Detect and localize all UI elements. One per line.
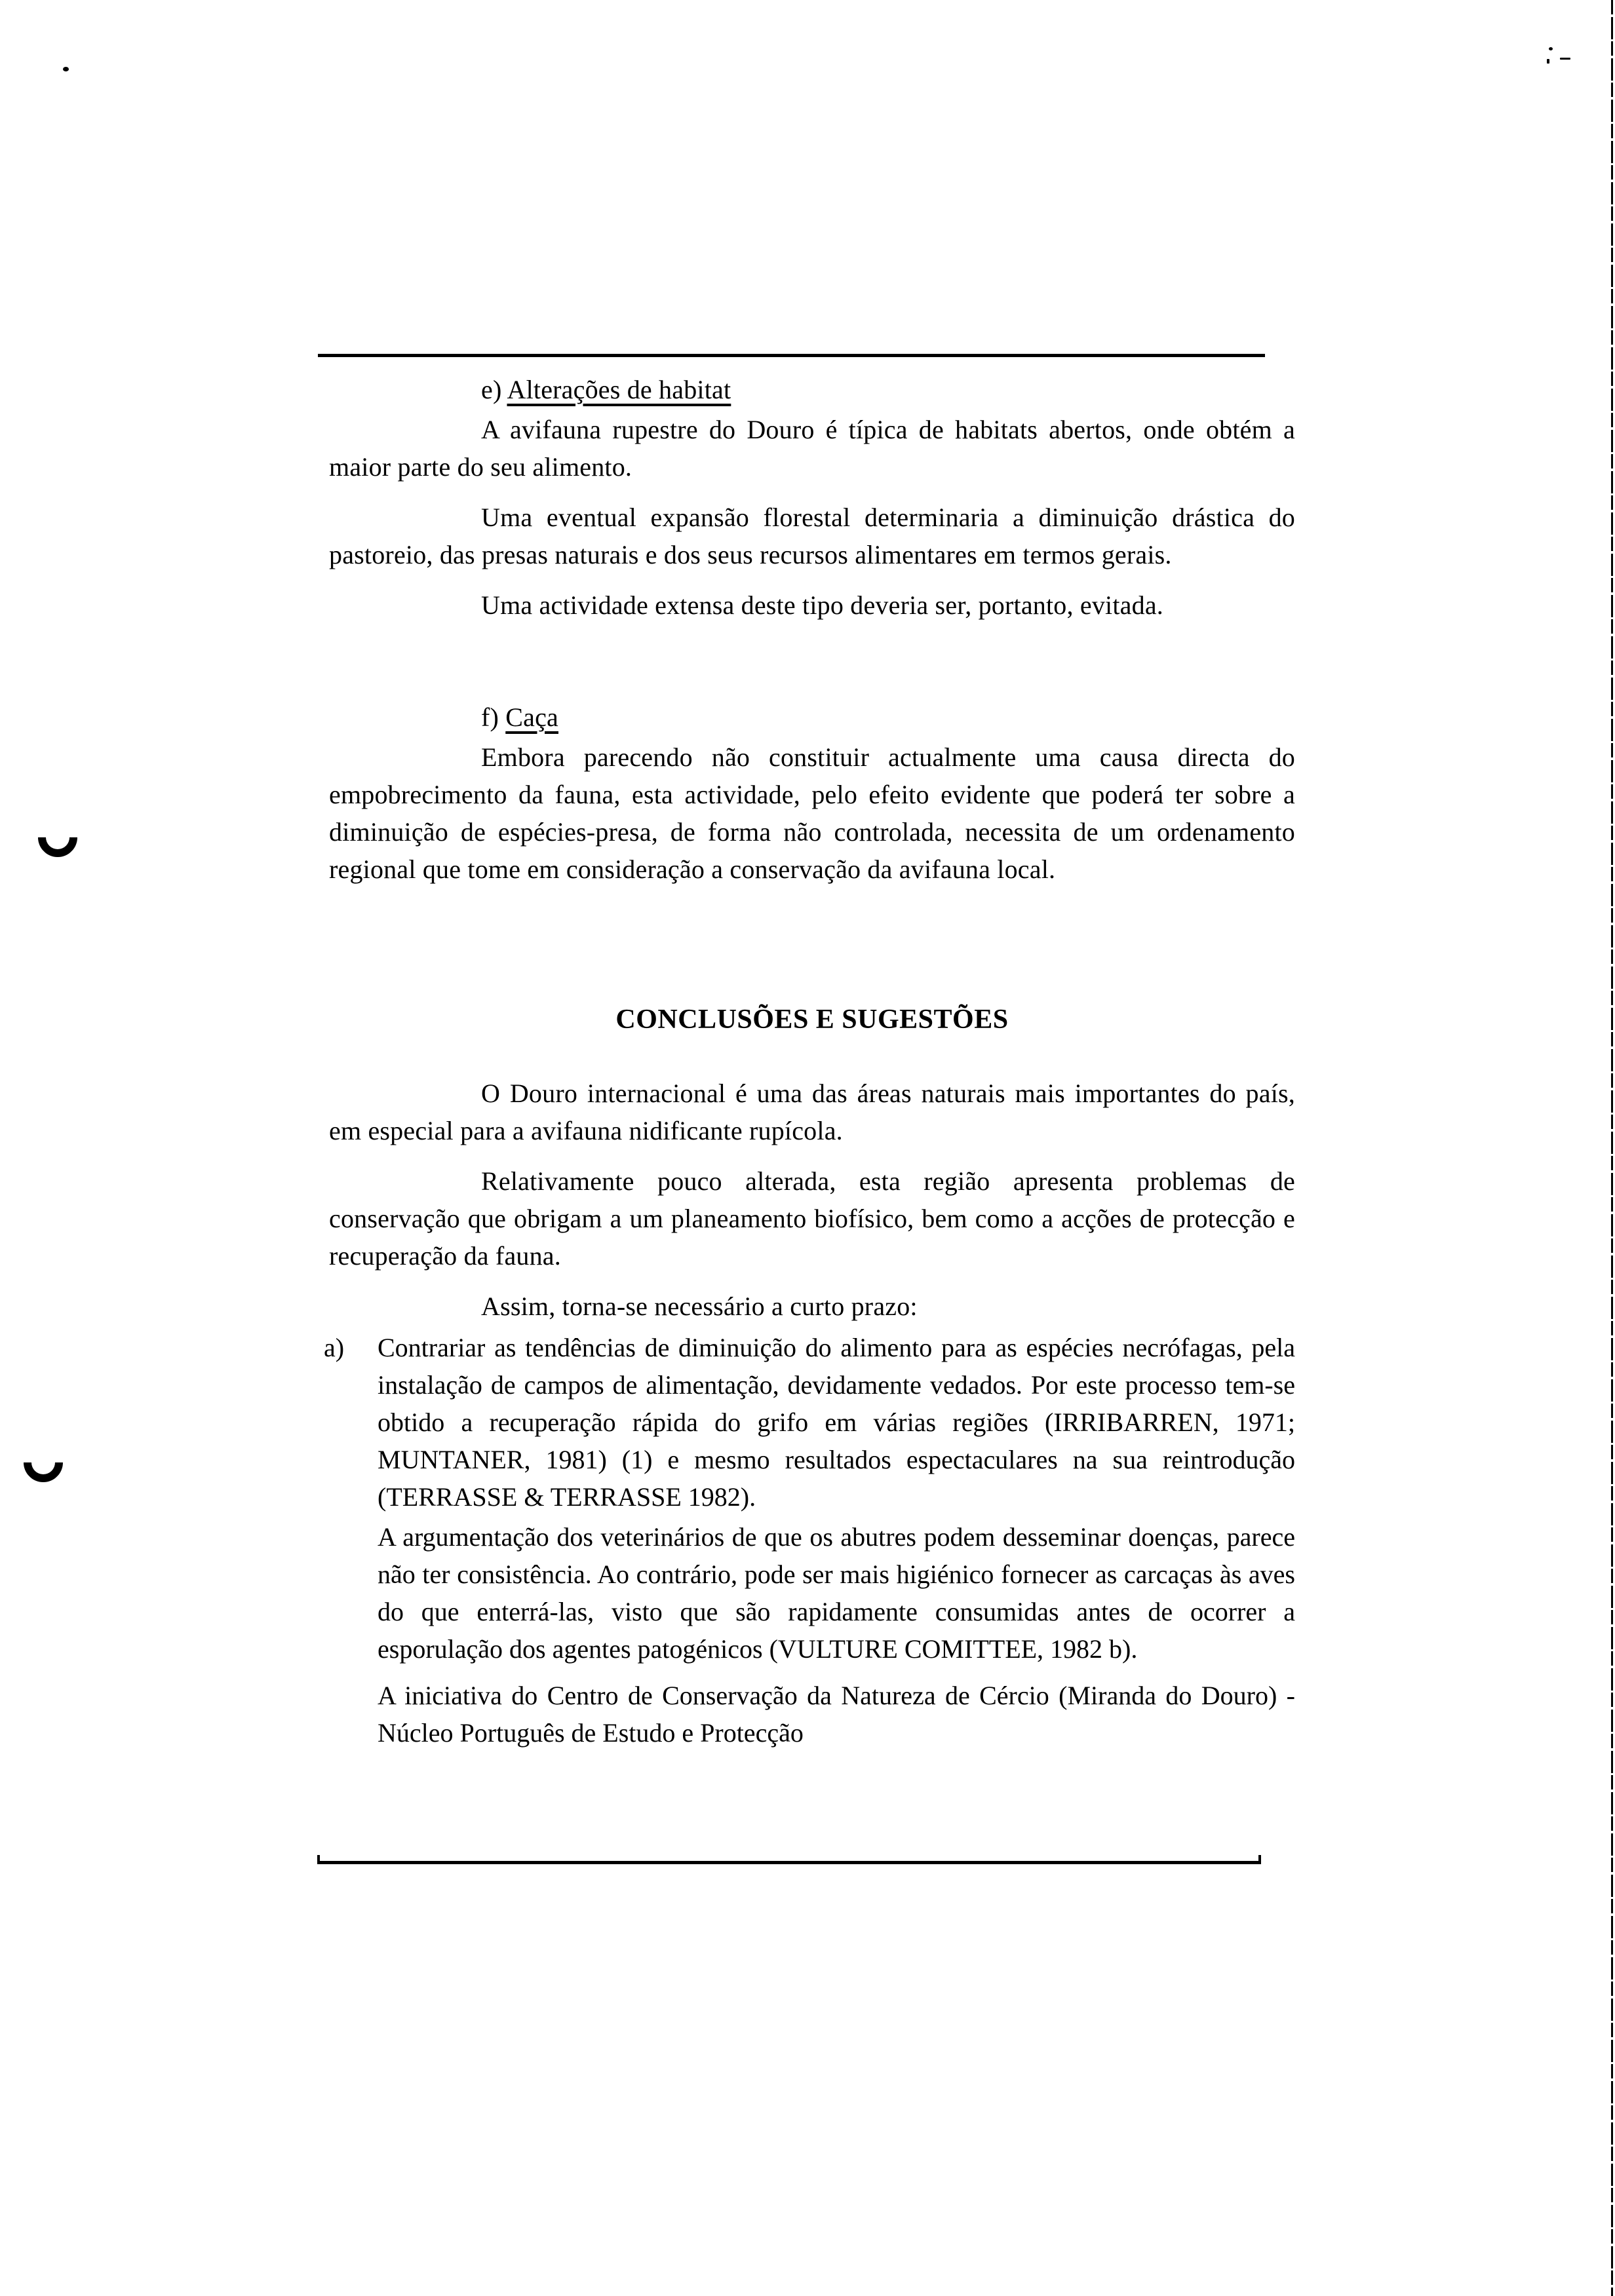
scan-speck — [1549, 47, 1553, 50]
section-e: e) Alterações de habitat A avifauna rupe… — [329, 371, 1295, 624]
paragraph: A iniciativa do Centro de Conservação da… — [378, 1677, 1295, 1751]
paragraph: Relativamente pouco alterada, esta regiã… — [329, 1162, 1295, 1274]
paragraph: Uma actividade extensa deste tipo deveri… — [329, 586, 1295, 624]
binder-hole-mark-icon — [16, 1435, 71, 1491]
list-body: Contrariar as tendências de diminuição d… — [378, 1329, 1295, 1751]
paragraph: A argumentação dos veterinários de que o… — [378, 1518, 1295, 1668]
bottom-rule — [317, 1861, 1261, 1864]
scan-speck — [1547, 59, 1549, 64]
paragraph: O Douro internacional é uma das áreas na… — [329, 1075, 1295, 1149]
section-f: f) Caça Embora parecendo não constituir … — [329, 698, 1295, 888]
section-f-title: Caça — [505, 702, 558, 732]
list-marker: a) — [324, 1329, 344, 1366]
paragraph: Uma eventual expansão florestal determin… — [329, 499, 1295, 573]
page-edge-shadow — [1611, 0, 1613, 2296]
top-rule — [318, 354, 1265, 357]
paragraph: A avifauna rupestre do Douro é típica de… — [329, 411, 1295, 486]
scan-speck — [63, 67, 69, 71]
section-e-heading: e) Alterações de habitat — [329, 371, 1295, 408]
list-item: a) Contrariar as tendências de diminuiçã… — [324, 1329, 1295, 1751]
section-e-marker: e) — [481, 375, 501, 404]
section-f-heading: f) Caça — [329, 698, 1295, 736]
scanned-page: e) Alterações de habitat A avifauna rupe… — [0, 0, 1615, 2296]
scan-speck — [1560, 58, 1570, 60]
paragraph: Embora parecendo não constituir actualme… — [329, 738, 1295, 888]
section-f-marker: f) — [481, 702, 499, 732]
conclusions-heading: CONCLUSÕES E SUGESTÕES — [329, 1004, 1295, 1035]
section-e-title: Alterações de habitat — [507, 375, 731, 404]
paragraph: Contrariar as tendências de diminuição d… — [378, 1329, 1295, 1516]
binder-hole-mark-icon — [30, 810, 86, 866]
conclusions-body: O Douro internacional é uma das áreas na… — [329, 1075, 1295, 1325]
paragraph: Assim, torna-se necessário a curto prazo… — [329, 1288, 1295, 1325]
